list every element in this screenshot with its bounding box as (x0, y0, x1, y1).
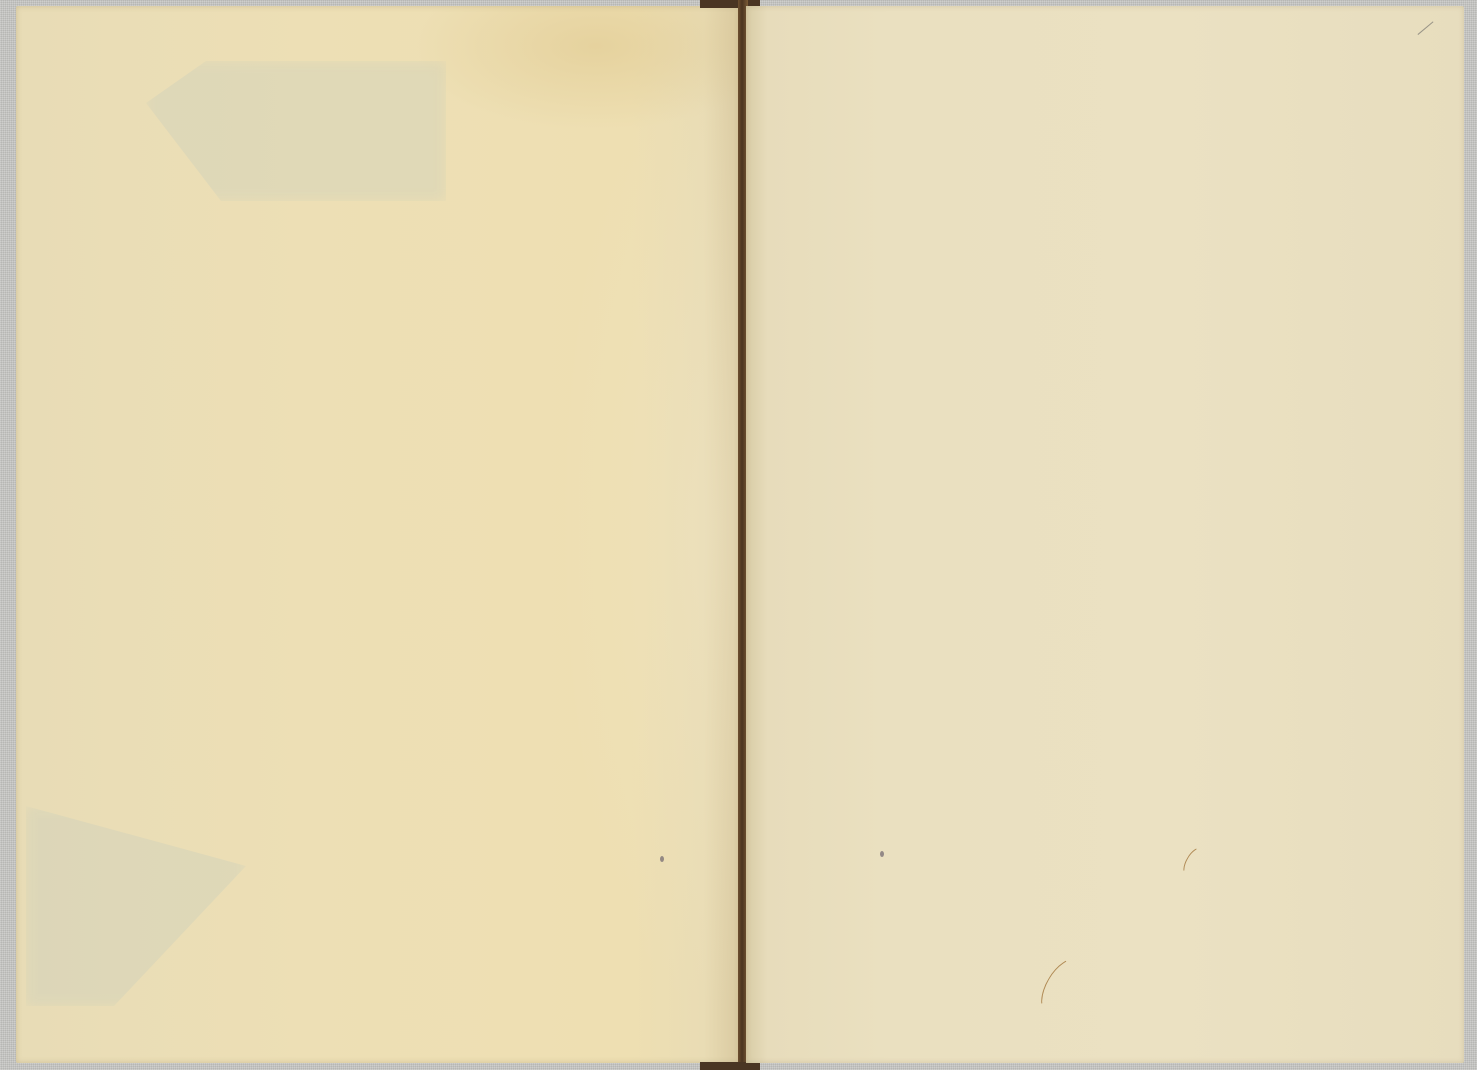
right-page-label: Right page (blank) (746, 6, 747, 7)
spine-shadow-bottom (700, 1062, 760, 1070)
paper-speck (660, 856, 664, 862)
paper-fiber (1179, 844, 1209, 880)
paper-speck (880, 851, 884, 857)
scan-background: Left page (blank) Right page (blank) (0, 0, 1477, 1070)
show-through-stain (26, 806, 246, 1006)
right-page-text (746, 6, 747, 7)
right-page: Right page (blank) (746, 6, 1464, 1063)
left-page: Left page (blank) (16, 6, 740, 1063)
show-through-stain (146, 61, 446, 201)
left-page-text (16, 6, 17, 7)
paper-fiber (1033, 952, 1092, 1022)
pencil-mark (1418, 21, 1443, 45)
left-page-label: Left page (blank) (16, 6, 17, 7)
